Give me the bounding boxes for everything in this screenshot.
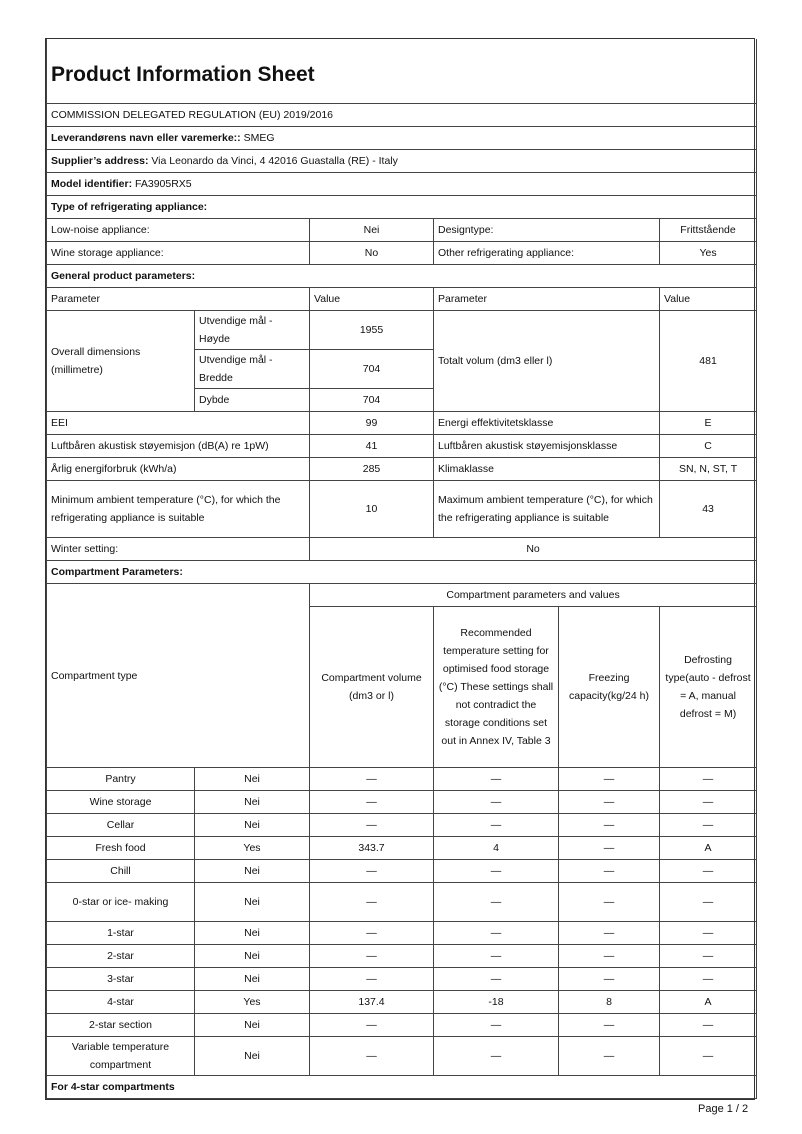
compartment-present: Nei — [195, 922, 310, 945]
general-value-2: C — [660, 435, 757, 458]
dimension-row: Overall dimensions (millimetre) Utvendig… — [47, 311, 757, 350]
compartment-defrost: — — [660, 1037, 757, 1076]
general-heading: General product parameters: — [47, 265, 757, 288]
compartment-row: 3-starNei———— — [47, 968, 757, 991]
supplier-address-label: Supplier’s address: — [51, 155, 148, 167]
type-label: Low-noise appliance: — [47, 219, 310, 242]
compartment-row: 1-starNei———— — [47, 922, 757, 945]
compartment-header-group: Compartment type Compartment parameters … — [47, 584, 757, 607]
compartment-temp: — — [434, 860, 559, 883]
compartment-name: 2-star section — [47, 1014, 195, 1037]
header-parameter: Parameter — [47, 288, 310, 311]
type-row: Low-noise appliance: Nei Designtype: Fri… — [47, 219, 757, 242]
winter-label: Winter setting: — [47, 538, 310, 561]
compartment-temp: — — [434, 968, 559, 991]
model-label: Model identifier: — [51, 178, 132, 190]
dimension-value: 704 — [310, 389, 434, 412]
compartment-name: 1-star — [47, 922, 195, 945]
header-parameter-2: Parameter — [434, 288, 660, 311]
dimension-value: 704 — [310, 350, 434, 389]
compartment-present: Nei — [195, 968, 310, 991]
compartment-present: Nei — [195, 1014, 310, 1037]
compartment-volume: — — [310, 814, 434, 837]
compartment-temp: — — [434, 1037, 559, 1076]
compartment-defrost: — — [660, 860, 757, 883]
compartment-row: PantryNei———— — [47, 768, 757, 791]
dimension-label: Dybde — [195, 389, 310, 412]
general-label-2: Klimaklasse — [434, 458, 660, 481]
type-label-2: Designtype: — [434, 219, 660, 242]
compartment-temp: — — [434, 883, 559, 922]
winter-value: No — [310, 538, 757, 561]
compartment-freezing: 8 — [559, 991, 660, 1014]
supplier-name-label: Leverandørens navn eller varemerke:: — [51, 132, 241, 144]
compartment-group-header: Compartment parameters and values — [310, 584, 757, 607]
compartment-present: Nei — [195, 768, 310, 791]
general-header-row: Parameter Value Parameter Value — [47, 288, 757, 311]
compartment-volume: 137.4 — [310, 991, 434, 1014]
compartment-name: Cellar — [47, 814, 195, 837]
compartment-freezing: — — [559, 768, 660, 791]
compartment-defrost: — — [660, 791, 757, 814]
compartment-temp: — — [434, 1014, 559, 1037]
compartment-defrost: A — [660, 991, 757, 1014]
compartment-freezing: — — [559, 791, 660, 814]
compartment-name: 3-star — [47, 968, 195, 991]
header-value-2: Value — [660, 288, 757, 311]
general-row: Minimum ambient temperature (°C), for wh… — [47, 481, 757, 538]
compartment-temp: — — [434, 922, 559, 945]
compartment-defrost: — — [660, 922, 757, 945]
general-label-2: Luftbåren akustisk støyemisjonsklasse — [434, 435, 660, 458]
general-label: Luftbåren akustisk støyemisjon (dB(A) re… — [47, 435, 310, 458]
compartment-volume: — — [310, 860, 434, 883]
general-value: 10 — [310, 481, 434, 538]
type-value: No — [310, 242, 434, 265]
compartment-temp: — — [434, 791, 559, 814]
type-label: Wine storage appliance: — [47, 242, 310, 265]
winter-row: Winter setting: No — [47, 538, 757, 561]
general-value-2: E — [660, 412, 757, 435]
page-title: Product Information Sheet — [47, 39, 757, 104]
general-label: EEI — [47, 412, 310, 435]
compartment-name: Variable temperature compartment — [47, 1037, 195, 1076]
page-number: Page 1 / 2 — [698, 1103, 748, 1115]
type-heading: Type of refrigerating appliance: — [47, 196, 757, 219]
compartment-volume: — — [310, 1014, 434, 1037]
compartment-present: Nei — [195, 860, 310, 883]
compartment-row: CellarNei———— — [47, 814, 757, 837]
dimensions-label: Overall dimensions (millimetre) — [47, 311, 195, 412]
type-value-2: Frittstående — [660, 219, 757, 242]
compartment-temp: -18 — [434, 991, 559, 1014]
general-row: Luftbåren akustisk støyemisjon (dB(A) re… — [47, 435, 757, 458]
general-row: Årlig energiforbruk (kWh/a) 285 Klimakla… — [47, 458, 757, 481]
compartment-temp: — — [434, 945, 559, 968]
compartment-row: 0-star or ice- makingNei———— — [47, 883, 757, 922]
compartment-volume: — — [310, 945, 434, 968]
compartment-name: Pantry — [47, 768, 195, 791]
compartment-present: Nei — [195, 945, 310, 968]
compartment-temp: 4 — [434, 837, 559, 860]
compartment-present: Nei — [195, 814, 310, 837]
type-value-2: Yes — [660, 242, 757, 265]
general-value: 41 — [310, 435, 434, 458]
defrost-header: Defrosting type(auto - defrost = A, manu… — [660, 607, 757, 768]
compartment-row: 2-starNei———— — [47, 945, 757, 968]
compartment-defrost: A — [660, 837, 757, 860]
compartment-freezing: — — [559, 860, 660, 883]
volume-header: Compartment volume (dm3 or l) — [310, 607, 434, 768]
general-row: EEI 99 Energi effektivitetsklasse E — [47, 412, 757, 435]
compartment-volume: — — [310, 883, 434, 922]
total-volume-value: 481 — [660, 311, 757, 412]
compartment-volume: — — [310, 768, 434, 791]
compartment-freezing: — — [559, 1037, 660, 1076]
compartment-name: 4-star — [47, 991, 195, 1014]
type-label-2: Other refrigerating appliance: — [434, 242, 660, 265]
model-row: Model identifier: FA3905RX5 — [47, 173, 757, 196]
compartment-volume: — — [310, 1037, 434, 1076]
compartment-present: Yes — [195, 837, 310, 860]
compartment-present: Nei — [195, 1037, 310, 1076]
compartment-row: 2-star sectionNei———— — [47, 1014, 757, 1037]
info-table: Product Information Sheet COMMISSION DEL… — [46, 39, 757, 1099]
compartment-defrost: — — [660, 945, 757, 968]
product-information-sheet: Product Information Sheet COMMISSION DEL… — [45, 38, 755, 1100]
compartment-defrost: — — [660, 814, 757, 837]
dimension-value: 1955 — [310, 311, 434, 350]
supplier-name-row: Leverandørens navn eller varemerke:: SME… — [47, 127, 757, 150]
regulation-text: COMMISSION DELEGATED REGULATION (EU) 201… — [47, 104, 757, 127]
compartment-defrost: — — [660, 968, 757, 991]
total-volume-label: Totalt volum (dm3 eller l) — [434, 311, 660, 412]
compartment-freezing: — — [559, 945, 660, 968]
compartment-present: Nei — [195, 883, 310, 922]
compartment-volume: — — [310, 968, 434, 991]
compartment-present: Yes — [195, 991, 310, 1014]
compartment-freezing: — — [559, 837, 660, 860]
compartment-heading-text: Compartment Parameters: — [51, 566, 183, 578]
compartment-defrost: — — [660, 768, 757, 791]
compartment-volume: — — [310, 922, 434, 945]
temp-header: Recommended temperature setting for opti… — [434, 607, 559, 768]
compartment-temp: — — [434, 768, 559, 791]
compartment-name: 2-star — [47, 945, 195, 968]
compartment-heading: Compartment Parameters: — [47, 561, 757, 584]
freezing-header: Freezing capacity(kg/24 h) — [559, 607, 660, 768]
compartment-row: Fresh foodYes343.74—A — [47, 837, 757, 860]
dimension-label: Utvendige mål - Bredde — [195, 350, 310, 389]
supplier-address-row: Supplier’s address: Via Leonardo da Vinc… — [47, 150, 757, 173]
general-value-2: 43 — [660, 481, 757, 538]
four-star-heading-text: For 4-star compartments — [51, 1081, 175, 1093]
model-value: FA3905RX5 — [132, 178, 192, 190]
compartment-freezing: — — [559, 883, 660, 922]
compartment-present: Nei — [195, 791, 310, 814]
general-value-2: SN, N, ST, T — [660, 458, 757, 481]
dimension-label: Utvendige mål - Høyde — [195, 311, 310, 350]
compartment-row: ChillNei———— — [47, 860, 757, 883]
compartment-defrost: — — [660, 883, 757, 922]
compartment-name: Fresh food — [47, 837, 195, 860]
type-row: Wine storage appliance: No Other refrige… — [47, 242, 757, 265]
general-label: Minimum ambient temperature (°C), for wh… — [47, 481, 310, 538]
compartment-freezing: — — [559, 968, 660, 991]
compartment-freezing: — — [559, 922, 660, 945]
compartment-freezing: — — [559, 1014, 660, 1037]
header-value: Value — [310, 288, 434, 311]
compartment-row: 4-starYes137.4-188A — [47, 991, 757, 1014]
compartment-rows: PantryNei————Wine storageNei————CellarNe… — [47, 768, 757, 1076]
compartment-row: Variable temperature compartmentNei———— — [47, 1037, 757, 1076]
general-value: 285 — [310, 458, 434, 481]
four-star-heading: For 4-star compartments — [47, 1076, 757, 1099]
compartment-name: Chill — [47, 860, 195, 883]
compartment-defrost: — — [660, 1014, 757, 1037]
compartment-name: 0-star or ice- making — [47, 883, 195, 922]
general-heading-text: General product parameters: — [51, 270, 195, 282]
compartment-name: Wine storage — [47, 791, 195, 814]
compartment-row: Wine storageNei———— — [47, 791, 757, 814]
general-value: 99 — [310, 412, 434, 435]
compartment-temp: — — [434, 814, 559, 837]
compartment-type-header: Compartment type — [47, 584, 310, 768]
general-label-2: Maximum ambient temperature (°C), for wh… — [434, 481, 660, 538]
general-label-2: Energi effektivitetsklasse — [434, 412, 660, 435]
supplier-name-value: SMEG — [241, 132, 275, 144]
compartment-volume: 343.7 — [310, 837, 434, 860]
supplier-address-value: Via Leonardo da Vinci, 4 42016 Guastalla… — [148, 155, 397, 167]
compartment-volume: — — [310, 791, 434, 814]
type-value: Nei — [310, 219, 434, 242]
compartment-freezing: — — [559, 814, 660, 837]
general-label: Årlig energiforbruk (kWh/a) — [47, 458, 310, 481]
type-heading-text: Type of refrigerating appliance: — [51, 201, 207, 213]
